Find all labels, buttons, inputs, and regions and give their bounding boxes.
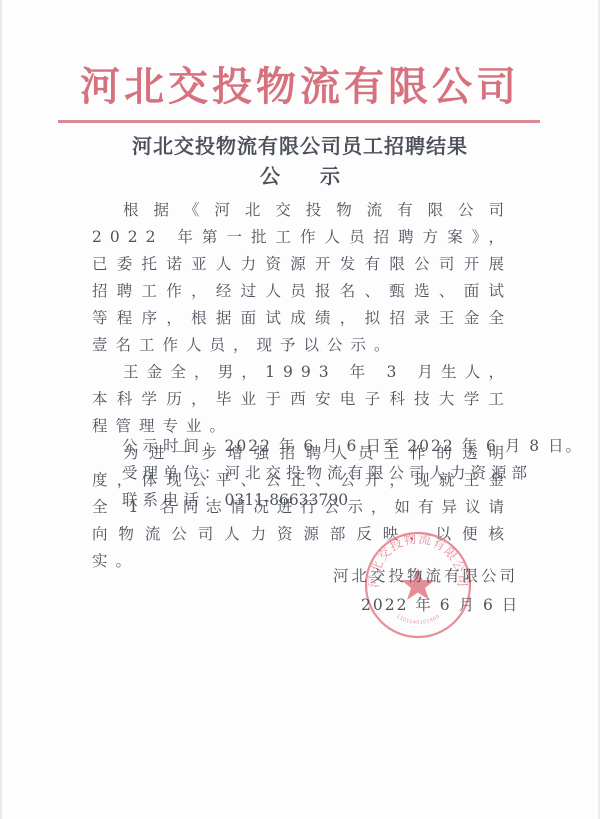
paragraph-candidate-profile: 王金全，男，1993 年 3 月生人，本科学历，毕业于西安电子科技大学工程管理专… [92,359,512,440]
signature-company: 河北交投物流有限公司 [333,565,518,587]
publicity-period-label: 公示时间： [122,437,225,455]
letterhead-red-rule [58,120,540,123]
contact-phone-value: 0311-86633790 [225,491,349,509]
document-subtitle: 公示 [0,163,600,189]
handling-unit-label: 受理单位： [122,464,225,482]
publicity-period-value: 2022 年 6 月 6 日至 2022 年 6 月 8 日。 [225,437,584,455]
info-handling-unit: 受理单位：河北交投物流有限公司人力资源部 [122,460,532,487]
handling-unit-value: 河北交投物流有限公司人力资源部 [225,464,533,482]
paragraph-recruitment-notice: 根据《河北交投物流有限公司 2022 年第一批工作人员招聘方案》，已委托诺亚人力… [92,197,512,359]
page-edge-left [0,0,2,819]
subtitle-char-2: 示 [320,163,340,189]
info-contact-phone: 联系电话：0311-86633790 [122,487,348,514]
contact-phone-label: 联系电话： [122,491,225,509]
signature-date: 2022 年 6 月 6 日 [361,594,519,616]
letterhead-company-name: 河北交投物流有限公司 [0,62,600,112]
document-title: 河北交投物流有限公司员工招聘结果 [0,133,600,159]
document-body: 根据《河北交投物流有限公司 2022 年第一批工作人员招聘方案》，已委托诺亚人力… [92,197,512,575]
info-publicity-period: 公示时间：2022 年 6 月 6 日至 2022 年 6 月 8 日。 [122,433,583,460]
subtitle-char-1: 公 [260,163,280,189]
